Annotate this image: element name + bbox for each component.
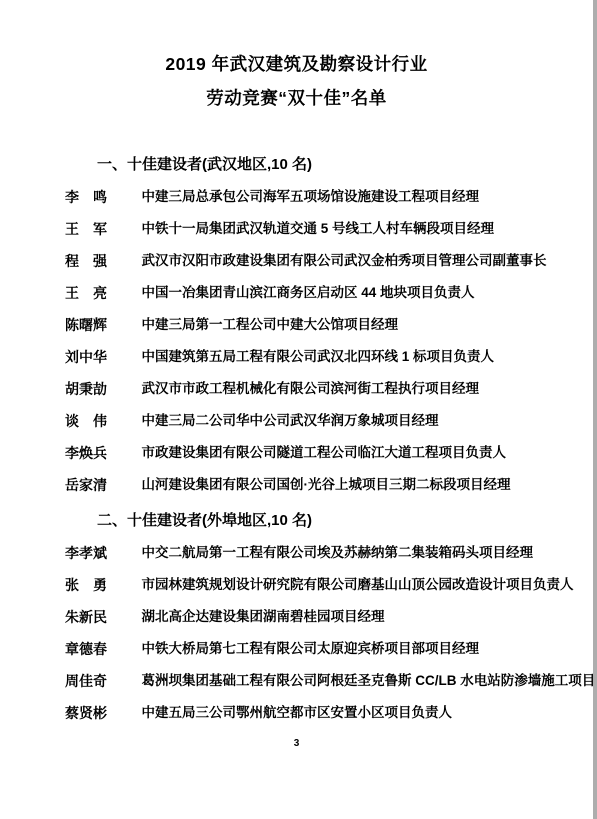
person-title: 中建三局二公司华中公司武汉华润万象城项目经理 xyxy=(141,414,438,428)
person-title: 中建五局三公司鄂州航空都市区安置小区项目负责人 xyxy=(141,706,452,720)
list-item: 李孝斌 中交二航局第一工程有限公司埃及苏赫纳第二集装箱码头项目经理 xyxy=(0,546,593,560)
person-name: 谈 伟 xyxy=(65,414,137,428)
list-item: 岳家清 山河建设集团有限公司国创·光谷上城项目三期二标段项目经理 xyxy=(0,478,593,492)
list-item: 刘中华 中国建筑第五局工程有限公司武汉北四环线 1 标项目负责人 xyxy=(0,350,593,364)
person-name: 周佳奇 xyxy=(65,674,137,688)
person-name: 章德春 xyxy=(65,642,137,656)
title-line-2: 劳动竞赛“双十佳”名单 xyxy=(0,86,593,110)
list-item: 程 强 武汉市汉阳市政建设集团有限公司武汉金柏秀项目管理公司副董事长 xyxy=(0,254,593,268)
person-title: 市政建设集团有限公司隧道工程公司临江大道工程项目负责人 xyxy=(141,446,506,460)
person-name: 李 鸣 xyxy=(65,190,137,204)
person-name: 程 强 xyxy=(65,254,137,268)
person-title: 中国建筑第五局工程有限公司武汉北四环线 1 标项目负责人 xyxy=(141,350,494,364)
document-page: 2019 年武汉建筑及勘察设计行业 劳动竞赛“双十佳”名单 一、十佳建设者(武汉… xyxy=(0,0,593,819)
person-name: 李孝斌 xyxy=(65,546,137,560)
person-title: 中建三局第一工程公司中建大公馆项目经理 xyxy=(141,318,398,332)
person-name: 陈曙辉 xyxy=(65,318,137,332)
person-name: 李焕兵 xyxy=(65,446,137,460)
section-heading-wuhan: 一、十佳建设者(武汉地区,10 名) xyxy=(97,156,593,173)
page-number: 3 xyxy=(0,738,593,749)
person-name: 胡秉劼 xyxy=(65,382,137,396)
document-title: 2019 年武汉建筑及勘察设计行业 劳动竞赛“双十佳”名单 xyxy=(0,52,593,110)
person-title: 中国一冶集团青山滨江商务区启动区 44 地块项目负责人 xyxy=(141,286,474,300)
person-title: 湖北高企达建设集团湖南碧桂园项目经理 xyxy=(141,610,384,624)
person-title: 武汉市市政工程机械化有限公司滨河街工程执行项目经理 xyxy=(141,382,479,396)
person-name: 刘中华 xyxy=(65,350,137,364)
list-item: 李 鸣 中建三局总承包公司海军五项场馆设施建设工程项目经理 xyxy=(0,190,593,204)
list-item: 张 勇 市园林建筑规划设计研究院有限公司磨基山山顶公园改造设计项目负责人 xyxy=(0,578,593,592)
person-title: 中交二航局第一工程有限公司埃及苏赫纳第二集装箱码头项目经理 xyxy=(141,546,533,560)
list-item: 朱新民 湖北高企达建设集团湖南碧桂园项目经理 xyxy=(0,610,593,624)
list-item: 胡秉劼 武汉市市政工程机械化有限公司滨河街工程执行项目经理 xyxy=(0,382,593,396)
person-title: 中铁大桥局第七工程有限公司太原迎宾桥项目部项目经理 xyxy=(141,642,479,656)
person-title: 葛洲坝集团基础工程有限公司阿根廷圣克鲁斯 CC/LB 水电站防渗墙施工项目经理 xyxy=(141,674,597,688)
section-list-wuhan: 李 鸣 中建三局总承包公司海军五项场馆设施建设工程项目经理 王 军 中铁十一局集… xyxy=(0,190,593,492)
person-title: 中铁十一局集团武汉轨道交通 5 号线工人村车辆段项目经理 xyxy=(141,222,494,236)
person-title: 武汉市汉阳市政建设集团有限公司武汉金柏秀项目管理公司副董事长 xyxy=(141,254,546,268)
person-name: 王 军 xyxy=(65,222,137,236)
person-name: 岳家清 xyxy=(65,478,137,492)
person-title: 中建三局总承包公司海军五项场馆设施建设工程项目经理 xyxy=(141,190,479,204)
list-item: 蔡贤彬 中建五局三公司鄂州航空都市区安置小区项目负责人 xyxy=(0,706,593,720)
title-line-1: 2019 年武汉建筑及勘察设计行业 xyxy=(0,52,593,76)
list-item: 王 军 中铁十一局集团武汉轨道交通 5 号线工人村车辆段项目经理 xyxy=(0,222,593,236)
list-item: 陈曙辉 中建三局第一工程公司中建大公馆项目经理 xyxy=(0,318,593,332)
person-name: 蔡贤彬 xyxy=(65,706,137,720)
section-list-waibu: 李孝斌 中交二航局第一工程有限公司埃及苏赫纳第二集装箱码头项目经理 张 勇 市园… xyxy=(0,546,593,720)
page-right-edge xyxy=(593,0,597,819)
section-heading-waibu: 二、十佳建设者(外埠地区,10 名) xyxy=(97,512,593,529)
list-item: 王 亮 中国一冶集团青山滨江商务区启动区 44 地块项目负责人 xyxy=(0,286,593,300)
person-name: 张 勇 xyxy=(65,578,137,592)
list-item: 周佳奇 葛洲坝集团基础工程有限公司阿根廷圣克鲁斯 CC/LB 水电站防渗墙施工项… xyxy=(0,674,593,688)
list-item: 李焕兵 市政建设集团有限公司隧道工程公司临江大道工程项目负责人 xyxy=(0,446,593,460)
person-title: 山河建设集团有限公司国创·光谷上城项目三期二标段项目经理 xyxy=(141,478,510,492)
person-name: 王 亮 xyxy=(65,286,137,300)
list-item: 谈 伟 中建三局二公司华中公司武汉华润万象城项目经理 xyxy=(0,414,593,428)
list-item: 章德春 中铁大桥局第七工程有限公司太原迎宾桥项目部项目经理 xyxy=(0,642,593,656)
person-name: 朱新民 xyxy=(65,610,137,624)
person-title: 市园林建筑规划设计研究院有限公司磨基山山顶公园改造设计项目负责人 xyxy=(141,578,573,592)
